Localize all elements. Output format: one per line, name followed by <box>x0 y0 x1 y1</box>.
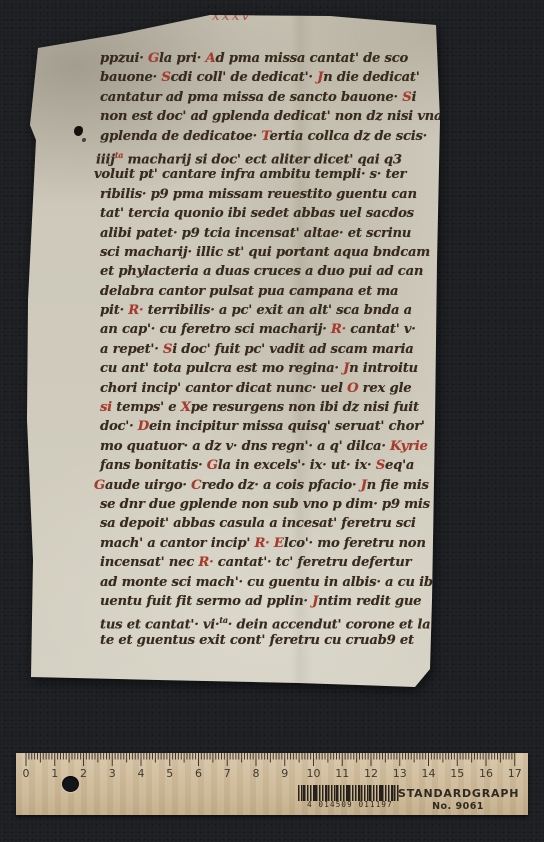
ruler-number: 13 <box>393 767 407 780</box>
text-line: alibi patet· p9 tcia incensat' altae· et… <box>100 224 452 243</box>
text-line: doc'· Dein incipitur missa quisq' seruat… <box>100 417 452 436</box>
text-line: et phylacteria a duas cruces a duo pui a… <box>100 262 452 281</box>
ruler-number: 14 <box>422 767 436 780</box>
ruler-number: 15 <box>450 767 464 780</box>
text-line: se dnr due gplende non sub vno p dim· p9… <box>100 495 452 514</box>
text-line: fans bonitatis· Gla in excels'· ix· ut· … <box>100 456 452 475</box>
ruler-number: 5 <box>166 767 173 780</box>
text-line: cantatur ad pma missa de sancto bauone· … <box>100 88 452 107</box>
text-line: voluit pt' cantare infra ambitu templi· … <box>94 165 452 184</box>
barcode-digits: 4 014509 011197 <box>294 800 406 809</box>
ruler-number: 9 <box>281 767 288 780</box>
text-line: ribilis· p9 pma missam reuestito guentu … <box>100 185 452 204</box>
ink-spot <box>74 126 83 136</box>
ruler-number: 11 <box>335 767 349 780</box>
text-line: pit· R· terribilis· a pc' exit an alt' s… <box>100 301 452 320</box>
text-line: tus et cantat'· vi·ta· dein accendut' co… <box>100 611 452 630</box>
text-line: sci macharij· illic st' qui portant aqua… <box>100 243 452 262</box>
text-line: non est doc' ad gplenda dedicat' non dz … <box>100 107 452 126</box>
text-line: si temps' e Xpe resurgens non ibi dz nis… <box>100 398 452 417</box>
text-line: incensat' nec R· cantat'· tc' feretru de… <box>100 553 452 572</box>
ruler-number: 16 <box>479 767 493 780</box>
ruler-model-label: No. 9061 <box>398 801 518 812</box>
ruler: 01234567891011121314151617 4 014509 0111… <box>16 753 528 815</box>
ruler-number: 8 <box>253 767 260 780</box>
text-line: Gaude uirgo· Credo dz· a cois pfacio· Jn… <box>94 476 452 495</box>
ruler-number: 10 <box>307 767 321 780</box>
ruler-number: 1 <box>51 767 58 780</box>
text-line: bauone· Scdi coll' de dedicat'· Jn die d… <box>100 68 452 87</box>
text-line: a repet'· Si doc' fuit pc' vadit ad scam… <box>100 340 452 359</box>
ruler-brand-label: STANDARDGRAPH <box>398 787 518 800</box>
text-line: te et guentus exit cont' feretru cu crua… <box>100 631 452 650</box>
ruler-hole <box>62 776 79 792</box>
ruler-number: 17 <box>508 767 522 780</box>
ruler-number: 7 <box>224 767 231 780</box>
ruler-number: 12 <box>364 767 378 780</box>
ruler-number: 2 <box>80 767 87 780</box>
text-line: ppzui· Gla pri· Ad pma missa cantat' de … <box>100 49 452 68</box>
text-line: tat' tercia quonio ibi sedet abbas uel s… <box>100 204 452 223</box>
text-line: mo quatuor· a dz v· dns regn'· a q' dilc… <box>100 437 452 456</box>
text-line: an cap'· cu feretro sci macharij· R· can… <box>100 320 452 339</box>
text-line: chori incip' cantor dicat nunc· uel O re… <box>100 379 452 398</box>
text-line: iiijta macharij si doc' ect aliter dicet… <box>96 146 452 165</box>
text-line: mach' a cantor incip' R· Elco'· mo feret… <box>100 534 452 553</box>
text-line: uentu fuit fit sermo ad pplin· Jntim red… <box>100 592 452 611</box>
folio-number: xxxv° <box>186 8 286 24</box>
ink-spot <box>82 138 86 142</box>
ruler-number: 3 <box>109 767 116 780</box>
text-line: sa depoit' abbas casula a incesat' feret… <box>100 514 452 533</box>
manuscript-page: xxxv° ppzui· Gla pri· Ad pma missa canta… <box>22 12 470 692</box>
ruler-number: 4 <box>138 767 145 780</box>
text-line: ad monte sci mach'· cu guentu in albis· … <box>100 573 452 592</box>
text-line: gplenda de dedicatoe· Tertia collca dz d… <box>100 127 452 146</box>
barcode <box>298 785 400 801</box>
text-line: delabra cantor pulsat pua campana et ma <box>100 282 452 301</box>
parchment-sheet: xxxv° ppzui· Gla pri· Ad pma missa canta… <box>22 12 470 692</box>
ruler-number: 6 <box>195 767 202 780</box>
text-line: cu ant' tota pulcra est mo regina· Jn in… <box>100 359 452 378</box>
ruler-number: 0 <box>23 767 30 780</box>
manuscript-text: ppzui· Gla pri· Ad pma missa cantat' de … <box>100 49 452 650</box>
